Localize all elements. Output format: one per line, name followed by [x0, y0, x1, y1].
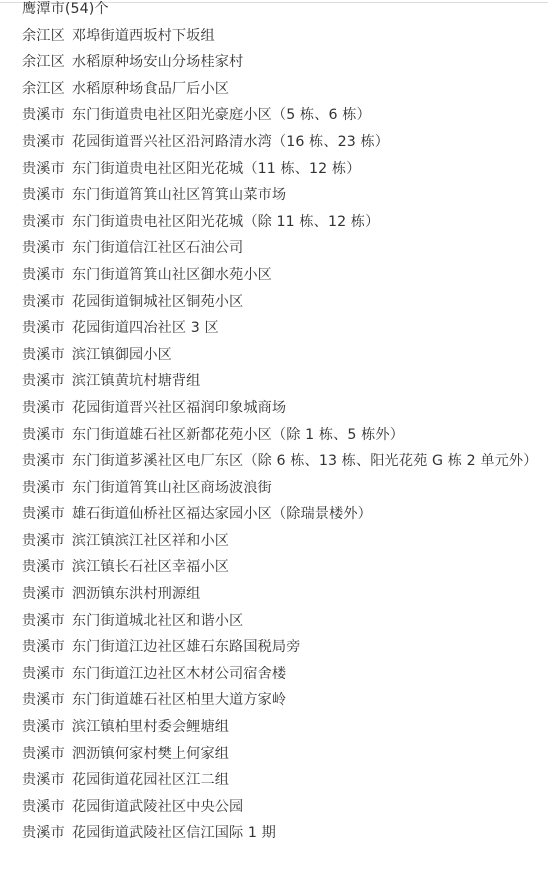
entry-location: 东门街道雄石社区柏里大道方家岭 — [72, 692, 286, 708]
entry-location: 滨江镇柏里村委会鲤塘组 — [72, 719, 229, 735]
entry-district: 余江区 — [22, 81, 65, 97]
entry-district: 贵溪市 — [22, 320, 65, 336]
list-item: 贵溪市花园街道晋兴社区沿河路清水湾（16 栋、23 栋） — [22, 129, 542, 156]
section-header: 鹰潭市(54)个 — [22, 0, 542, 23]
entry-location: 水稻原种场安山分场桂家村 — [72, 54, 243, 70]
entry-district: 贵溪市 — [22, 506, 65, 522]
entry-district: 贵溪市 — [22, 799, 65, 815]
entry-district: 贵溪市 — [22, 187, 65, 203]
entry-district: 贵溪市 — [22, 347, 65, 363]
entry-location: 东门街道城北社区和谐小区 — [72, 613, 243, 629]
entry-location: 东门街道筲箕山社区御水苑小区 — [72, 267, 272, 283]
entry-district: 贵溪市 — [22, 453, 65, 469]
entry-district: 贵溪市 — [22, 746, 65, 762]
list-item: 贵溪市滨江镇滨江社区祥和小区 — [22, 528, 542, 555]
entry-district: 贵溪市 — [22, 559, 65, 575]
entry-district: 贵溪市 — [22, 772, 65, 788]
entry-location: 滨江镇御园小区 — [72, 347, 172, 363]
entry-district: 贵溪市 — [22, 639, 65, 655]
list-item: 贵溪市滨江镇柏里村委会鲤塘组 — [22, 714, 542, 741]
list-item: 贵溪市花园街道铜城社区铜苑小区 — [22, 289, 542, 316]
list-item: 贵溪市花园街道武陵社区中央公园 — [22, 794, 542, 821]
entry-location: 水稻原种场食品厂后小区 — [72, 81, 229, 97]
list-item: 贵溪市东门街道贵电社区阳光花城（11 栋、12 栋） — [22, 156, 542, 183]
list-item: 余江区邓埠街道西坂村下坂组 — [22, 23, 542, 50]
entry-location: 泗沥镇何家村樊上何家组 — [72, 746, 229, 762]
list-item: 贵溪市花园街道花园社区江二组 — [22, 767, 542, 794]
entry-location: 花园街道武陵社区中央公园 — [72, 799, 243, 815]
list-item: 贵溪市花园街道武陵社区信江国际 1 期 — [22, 820, 542, 847]
entry-district: 贵溪市 — [22, 240, 65, 256]
entry-district: 贵溪市 — [22, 134, 65, 150]
entry-district: 贵溪市 — [22, 373, 65, 389]
list-item: 贵溪市花园街道四冶社区 3 区 — [22, 315, 542, 342]
list-item: 贵溪市雄石街道仙桥社区福达家园小区（除瑞景楼外） — [22, 501, 542, 528]
entry-location: 滨江镇滨江社区祥和小区 — [72, 533, 229, 549]
entry-location: 花园街道花园社区江二组 — [72, 772, 229, 788]
list-item: 贵溪市东门街道江边社区木材公司宿舍楼 — [22, 661, 542, 688]
list-item: 贵溪市滨江镇长石社区幸福小区 — [22, 554, 542, 581]
list-item: 贵溪市泗沥镇东洪村刑源组 — [22, 581, 542, 608]
entry-district: 余江区 — [22, 54, 65, 70]
list-item: 余江区水稻原种场食品厂后小区 — [22, 76, 542, 103]
list-item: 贵溪市东门街道筲箕山社区御水苑小区 — [22, 262, 542, 289]
entry-district: 贵溪市 — [22, 294, 65, 310]
entry-district: 贵溪市 — [22, 480, 65, 496]
entry-location: 东门街道江边社区雄石东路国税局旁 — [72, 639, 301, 655]
list-item: 贵溪市泗沥镇何家村樊上何家组 — [22, 741, 542, 768]
entry-district: 贵溪市 — [22, 533, 65, 549]
entry-district: 贵溪市 — [22, 161, 65, 177]
entry-district: 贵溪市 — [22, 692, 65, 708]
entry-location: 东门街道贵电社区阳光豪庭小区（5 栋、6 栋） — [72, 107, 371, 123]
entry-location: 东门街道信江社区石油公司 — [72, 240, 243, 256]
list-item: 贵溪市东门街道城北社区和谐小区 — [22, 608, 542, 635]
entry-district: 贵溪市 — [22, 613, 65, 629]
list-item: 贵溪市东门街道贵电社区阳光豪庭小区（5 栋、6 栋） — [22, 102, 542, 129]
list-item: 贵溪市花园街道晋兴社区福润印象城商场 — [22, 395, 542, 422]
list-item: 贵溪市东门街道芗溪社区电厂东区（除 6 栋、13 栋、阳光花苑 G 栋 2 单元… — [22, 448, 542, 475]
entry-location: 花园街道铜城社区铜苑小区 — [72, 294, 243, 310]
entry-district: 贵溪市 — [22, 400, 65, 416]
list-item: 余江区水稻原种场安山分场桂家村 — [22, 49, 542, 76]
entry-location: 泗沥镇东洪村刑源组 — [72, 586, 201, 602]
entry-district: 贵溪市 — [22, 267, 65, 283]
entry-location: 邓埠街道西坂村下坂组 — [72, 28, 215, 44]
list-item: 贵溪市滨江镇御园小区 — [22, 342, 542, 369]
entry-location: 东门街道芗溪社区电厂东区（除 6 栋、13 栋、阳光花苑 G 栋 2 单元外） — [72, 453, 538, 469]
entry-district: 贵溪市 — [22, 719, 65, 735]
entry-district: 贵溪市 — [22, 107, 65, 123]
entry-location: 滨江镇黄坑村塘背组 — [72, 373, 201, 389]
document-body: 鹰潭市(54)个 余江区邓埠街道西坂村下坂组余江区水稻原种场安山分场桂家村余江区… — [22, 0, 542, 847]
entry-location: 花园街道晋兴社区福润印象城商场 — [72, 400, 286, 416]
entry-location: 花园街道四冶社区 3 区 — [72, 320, 219, 336]
entry-list: 余江区邓埠街道西坂村下坂组余江区水稻原种场安山分场桂家村余江区水稻原种场食品厂后… — [22, 23, 542, 847]
entry-location: 滨江镇长石社区幸福小区 — [72, 559, 229, 575]
list-item: 贵溪市东门街道雄石社区柏里大道方家岭 — [22, 687, 542, 714]
entry-location: 东门街道贵电社区阳光花城（除 11 栋、12 栋） — [72, 214, 380, 230]
entry-district: 贵溪市 — [22, 666, 65, 682]
entry-district: 贵溪市 — [22, 427, 65, 443]
list-item: 贵溪市东门街道筲箕山社区筲箕山菜市场 — [22, 182, 542, 209]
entry-location: 雄石街道仙桥社区福达家园小区（除瑞景楼外） — [72, 506, 372, 522]
entry-location: 东门街道江边社区木材公司宿舍楼 — [72, 666, 286, 682]
entry-district: 贵溪市 — [22, 586, 65, 602]
entry-location: 花园街道晋兴社区沿河路清水湾（16 栋、23 栋） — [72, 134, 389, 150]
entry-location: 花园街道武陵社区信江国际 1 期 — [72, 825, 276, 841]
list-item: 贵溪市东门街道雄石社区新都花苑小区（除 1 栋、5 栋外） — [22, 422, 542, 449]
list-item: 贵溪市东门街道贵电社区阳光花城（除 11 栋、12 栋） — [22, 209, 542, 236]
entry-district: 余江区 — [22, 28, 65, 44]
entry-location: 东门街道筲箕山社区筲箕山菜市场 — [72, 187, 286, 203]
entry-district: 贵溪市 — [22, 825, 65, 841]
entry-location: 东门街道筲箕山社区商场波浪街 — [72, 480, 272, 496]
entry-location: 东门街道雄石社区新都花苑小区（除 1 栋、5 栋外） — [72, 427, 404, 443]
list-item: 贵溪市东门街道江边社区雄石东路国税局旁 — [22, 634, 542, 661]
list-item: 贵溪市东门街道信江社区石油公司 — [22, 235, 542, 262]
entry-location: 东门街道贵电社区阳光花城（11 栋、12 栋） — [72, 161, 361, 177]
entry-district: 贵溪市 — [22, 214, 65, 230]
list-item: 贵溪市滨江镇黄坑村塘背组 — [22, 368, 542, 395]
list-item: 贵溪市东门街道筲箕山社区商场波浪街 — [22, 475, 542, 502]
